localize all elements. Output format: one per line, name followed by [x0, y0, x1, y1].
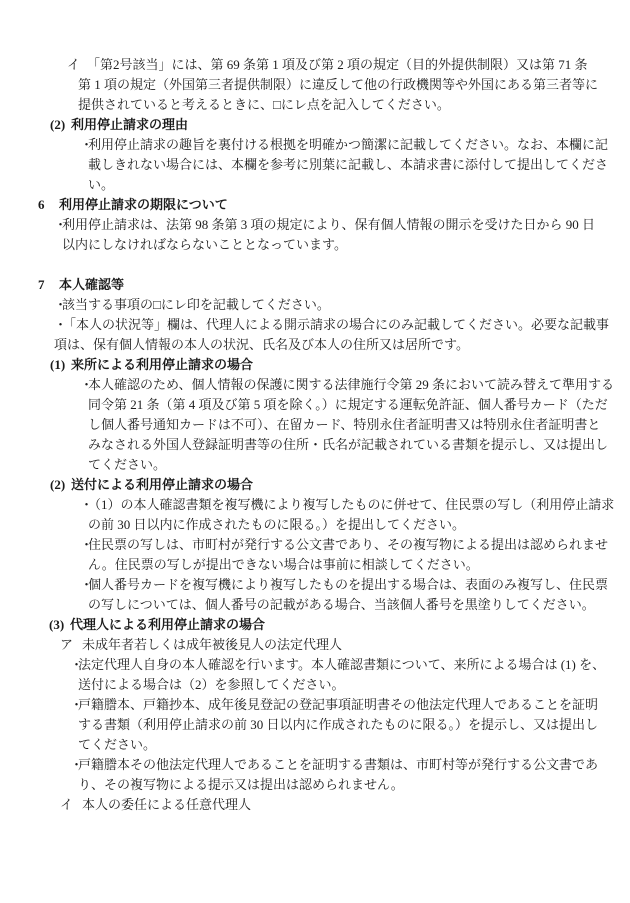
text-line: イ 本人の委任による任意代理人 — [0, 795, 630, 815]
line-text: 利用停止請求の趣旨を裏付ける根拠を明確かつ簡潔に記載してください。なお、本欄に記 — [88, 135, 608, 155]
line-text: 本人確認等 — [59, 275, 124, 295]
line-marker: ・ — [70, 755, 83, 775]
text-line: 6 利用停止請求の期限について — [0, 195, 630, 215]
text-line — [0, 255, 630, 275]
line-marker: ・ — [80, 375, 93, 395]
text-line: 載しきれない場合には、本欄を参考に別葉に記載し、本請求書に添付して提出してくださ — [0, 155, 630, 175]
line-text: い。 — [88, 175, 114, 195]
line-text: 送付による場合は（2）を参照してください。 — [78, 675, 345, 695]
text-line: ア 未成年者若しくは成年被後見人の法定代理人 — [0, 635, 630, 655]
text-line: ・ 「本人の状況等」欄は、代理人による開示請求の場合にのみ記載してください。必要… — [0, 315, 630, 335]
line-text: 戸籍謄本、戸籍抄本、成年後見登記の登記事項証明書その他法定代理人であることを証明 — [78, 695, 598, 715]
line-text: 本人確認のため、個人情報の保護に関する法律施行令第 29 条において読み替えて準… — [88, 375, 614, 395]
text-line: ・ （1）の本人確認書類を複写機により複写したものに併せて、住民票の写し（利用停… — [0, 495, 630, 515]
line-marker: ・ — [54, 215, 67, 235]
text-line: ・ 住民票の写しは、市町村が発行する公文書であり、その複写物による提出は認められ… — [0, 535, 630, 555]
line-text: 以内にしなければならないこととなっています。 — [62, 235, 347, 255]
line-text: 法定代理人自身の本人確認を行います。本人確認書類について、来所による場合は (1… — [78, 655, 605, 675]
line-text: 「第2号該当」には、第 69 条第 1 項及び第 2 項の規定（目的外提供制限）… — [87, 55, 588, 75]
text-line: の前 30 日以内に作成されたものに限る。）を提出してください。 — [0, 515, 630, 535]
line-text: 提供されていると考えるときに、□にレ点を記入してください。 — [78, 95, 450, 115]
text-line: 送付による場合は（2）を参照してください。 — [0, 675, 630, 695]
line-marker: 6 — [38, 195, 45, 215]
line-marker: (1) — [50, 355, 65, 375]
line-text: 「本人の状況等」欄は、代理人による開示請求の場合にのみ記載してください。必要な記… — [63, 315, 609, 335]
text-line: 第 1 項の規定（外国第三者提供制限）に違反して他の行政機関等や外国にある第三者… — [0, 75, 630, 95]
text-line: ・ 利用停止請求の趣旨を裏付ける根拠を明確かつ簡潔に記載してください。なお、本欄… — [0, 135, 630, 155]
text-line: する書類（利用停止請求の前 30 日以内に作成されたものに限る。）を提示し、又は… — [0, 715, 630, 735]
line-text: 代理人による利用停止請求の場合 — [70, 615, 265, 635]
document-body: イ 「第2号該当」には、第 69 条第 1 項及び第 2 項の規定（目的外提供制… — [0, 55, 630, 815]
line-text: てください。 — [78, 735, 156, 755]
text-line: イ 「第2号該当」には、第 69 条第 1 項及び第 2 項の規定（目的外提供制… — [0, 55, 630, 75]
line-text: の写しについては、個人番号の記載がある場合、当該個人番号を黒塗りしてください。 — [88, 595, 595, 615]
line-text: 利用停止請求は、法第 98 条第 3 項の規定により、保有個人情報の開示を受けた… — [62, 215, 595, 235]
text-line: 項は、保有個人情報の本人の状況、氏名及び本人の住所又は居所です。 — [0, 335, 630, 355]
text-line: みなされる外国人登録証明書等の住所・氏名が記載されている書類を提示し、又は提出し — [0, 435, 630, 455]
text-line: い。 — [0, 175, 630, 195]
text-line: ・ 本人確認のため、個人情報の保護に関する法律施行令第 29 条において読み替え… — [0, 375, 630, 395]
text-line: ・ 戸籍謄本、戸籍抄本、成年後見登記の登記事項証明書その他法定代理人であることを… — [0, 695, 630, 715]
line-marker: (2) — [50, 475, 65, 495]
line-text: 第 1 項の規定（外国第三者提供制限）に違反して他の行政機関等や外国にある第三者… — [78, 75, 598, 95]
line-text: する書類（利用停止請求の前 30 日以内に作成されたものに限る。）を提示し、又は… — [78, 715, 598, 735]
line-text: 本人の委任による任意代理人 — [82, 795, 251, 815]
text-line: 提供されていると考えるときに、□にレ点を記入してください。 — [0, 95, 630, 115]
document-page: イ 「第2号該当」には、第 69 条第 1 項及び第 2 項の規定（目的外提供制… — [0, 0, 630, 903]
line-marker: 7 — [38, 275, 45, 295]
text-line: (1) 来所による利用停止請求の場合 — [0, 355, 630, 375]
text-line: ・ 個人番号カードを複写機により複写したものを提出する場合は、表面のみ複写し、住… — [0, 575, 630, 595]
text-line: (2) 送付による利用停止請求の場合 — [0, 475, 630, 495]
line-text: 利用停止請求の期限について — [59, 195, 228, 215]
line-text: 未成年者若しくは成年被後見人の法定代理人 — [82, 635, 342, 655]
text-line: 以内にしなければならないこととなっています。 — [0, 235, 630, 255]
line-text: 来所による利用停止請求の場合 — [71, 355, 253, 375]
line-text: 項は、保有個人情報の本人の状況、氏名及び本人の住所又は居所です。 — [54, 335, 469, 355]
line-text: 戸籍謄本その他法定代理人であることを証明する書類は、市町村等が発行する公文書であ — [78, 755, 598, 775]
line-text: 利用停止請求の理由 — [71, 115, 188, 135]
line-text: 同令第 21 条（第 4 項及び第 5 項を除く。）に規定する運転免許証、個人番… — [88, 395, 608, 415]
line-marker: (3) — [49, 615, 64, 635]
line-marker: ・ — [54, 315, 67, 335]
text-line: 7 本人確認等 — [0, 275, 630, 295]
line-marker: イ — [60, 795, 73, 815]
line-marker: ・ — [80, 495, 93, 515]
text-line: し個人番号通知カードは不可）、在留カード、特別永住者証明書又は特別永住者証明書と — [0, 415, 630, 435]
text-line: ん。住民票の写しが提出できない場合は事前に相談してください。 — [0, 555, 630, 575]
line-text: し個人番号通知カードは不可）、在留カード、特別永住者証明書又は特別永住者証明書と — [88, 415, 600, 435]
text-line: (2) 利用停止請求の理由 — [0, 115, 630, 135]
line-marker: ・ — [80, 135, 93, 155]
line-marker: ・ — [70, 695, 83, 715]
line-marker: イ — [67, 55, 80, 75]
text-line: てください。 — [0, 455, 630, 475]
text-line: てください。 — [0, 735, 630, 755]
text-line: ・ 該当する事項の□にレ印を記載してください。 — [0, 295, 630, 315]
text-line: り、その複写物による提示又は提出は認められません。 — [0, 775, 630, 795]
line-text: り、その複写物による提示又は提出は認められません。 — [78, 775, 404, 795]
line-marker: ア — [60, 635, 73, 655]
text-line: ・ 法定代理人自身の本人確認を行います。本人確認書類について、来所による場合は … — [0, 655, 630, 675]
line-text: 個人番号カードを複写機により複写したものを提出する場合は、表面のみ複写し、住民票 — [88, 575, 608, 595]
line-text: 載しきれない場合には、本欄を参考に別葉に記載し、本請求書に添付して提出してくださ — [88, 155, 608, 175]
line-text: の前 30 日以内に作成されたものに限る。）を提出してください。 — [88, 515, 465, 535]
line-marker: ・ — [80, 535, 93, 555]
text-line: 同令第 21 条（第 4 項及び第 5 項を除く。）に規定する運転免許証、個人番… — [0, 395, 630, 415]
text-line: の写しについては、個人番号の記載がある場合、当該個人番号を黒塗りしてください。 — [0, 595, 630, 615]
line-marker: ・ — [70, 655, 83, 675]
line-marker: (2) — [50, 115, 65, 135]
line-text: 該当する事項の□にレ印を記載してください。 — [62, 295, 330, 315]
line-text: 住民票の写しは、市町村が発行する公文書であり、その複写物による提出は認められませ — [88, 535, 608, 555]
line-marker: ・ — [80, 575, 93, 595]
line-text: （1）の本人確認書類を複写機により複写したものに併せて、住民票の写し（利用停止請… — [88, 495, 614, 515]
line-text — [0, 255, 3, 275]
line-text: みなされる外国人登録証明書等の住所・氏名が記載されている書類を提示し、又は提出し — [88, 435, 608, 455]
line-text: ん。住民票の写しが提出できない場合は事前に相談してください。 — [88, 555, 479, 575]
text-line: ・ 戸籍謄本その他法定代理人であることを証明する書類は、市町村等が発行する公文書… — [0, 755, 630, 775]
text-line: ・ 利用停止請求は、法第 98 条第 3 項の規定により、保有個人情報の開示を受… — [0, 215, 630, 235]
text-line: (3) 代理人による利用停止請求の場合 — [0, 615, 630, 635]
line-text: てください。 — [88, 455, 166, 475]
line-marker: ・ — [54, 295, 67, 315]
line-text: 送付による利用停止請求の場合 — [71, 475, 253, 495]
